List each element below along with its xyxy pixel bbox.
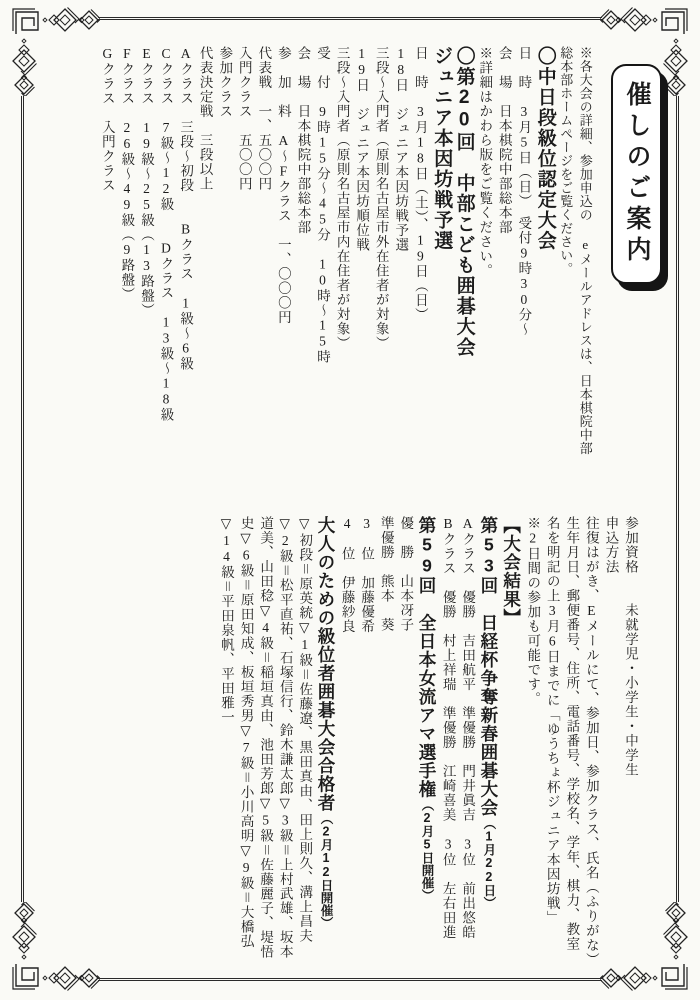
event2-class-row: Fクラス 26級〜49級（9路盤） [117, 46, 137, 462]
border-line-bottom [98, 978, 602, 981]
eligibility-row: 参加資格 未就学児・小学生・中学生 [620, 516, 640, 964]
border-line-top [98, 17, 602, 20]
t59-heading: 第59回 全日本女流アマ選手権（2月5日開催） [415, 516, 438, 964]
event1-venue: 会 場 日本棋院中部総本部 [494, 46, 514, 462]
t59-rank1: 優 勝 山本冴子 [396, 516, 416, 964]
event2-day18-note: 三段〜入門者（原則名古屋市外在住者が対象） [371, 46, 391, 462]
event2-class-row: Gクラス 入門クラス [97, 46, 117, 462]
t53-date: （1月22日） [482, 817, 496, 909]
t53-class-b: Bクラス 優勝 村上祥瑞 準優勝 江崎喜美 3位 左右田進 [438, 516, 458, 964]
results-section: 参加資格 未就学児・小学生・中学生 申込方法 往復はがき、Eメールにて、参加日、… [48, 516, 640, 964]
t53-heading: 第53回 日経杯争奪新春囲碁大会（1月22日） [477, 516, 500, 964]
event2-class-row: Eクラス 19級〜25級（13路盤） [136, 46, 156, 462]
kyui-winners: ▽初段＝原英統▽1級＝佐藤遼、黒田真由、田上則久、溝上昌夫▽2級＝松平直祐、石塚… [216, 516, 314, 964]
announcements-section: 催しのご案内 ※各大会の詳細、参加申込の eメールアドレスは、日本棋院中部総本部… [48, 46, 662, 462]
border-line-left [21, 96, 24, 902]
t59-rank2: 準優勝 熊本 葵 [376, 516, 396, 964]
event2-fee-beginner: 入門クラス 五〇〇円 [234, 46, 254, 462]
event2-day18: 18日 ジュニア本因坊戦予選 [391, 46, 411, 462]
apply-method-text: 往復はがき、Eメールにて、参加日、参加クラス、氏名（ふりがな）生年月日、郵便番号… [542, 516, 601, 964]
event2-day19: 19日 ジュニア本因坊順位戦 [352, 46, 372, 462]
t53-class-a: Aクラス 優勝 吉田航平 準優勝 門井眞吉 3位 前出悠皓 [458, 516, 478, 964]
t59-title: 第59回 全日本女流アマ選手権 [417, 516, 437, 799]
apply-note: ※2日間の参加も可能です。 [523, 516, 543, 964]
event2-venue: 会 場 日本棋院中部総本部 [293, 46, 313, 462]
event2-heading-line2: ジュニア本因坊戦予選 [430, 46, 452, 462]
event2-heading-line1: 〇第20回 中部こども囲碁大会 [452, 46, 474, 462]
event2-class-row: Aクラス 三段〜初段 Bクラス 1級〜6級 [176, 46, 196, 462]
results-header: 【大会結果】 [500, 516, 523, 964]
t59-date: （2月5日開催） [420, 799, 434, 902]
event1-note: ※詳細はかわら版をご覧ください。 [475, 46, 495, 462]
t53-title: 第53回 日経杯争奪新春囲碁大会 [479, 516, 499, 817]
event2-datetime: 日 時 3月18日（土）、19日（日） [410, 46, 430, 462]
event1-heading: 〇中日段級位認定大会 [533, 46, 555, 462]
border-line-right [676, 96, 679, 902]
page-title: 催しのご案内 [623, 81, 650, 267]
t59-rank3: 3 位 加藤優希 [357, 516, 377, 964]
kyui-title: 大人のための級位者囲碁大会合格者 [316, 516, 336, 812]
kyui-heading: 大人のための級位者囲碁大会合格者（2月12日開催） [314, 516, 337, 964]
event2-day19-note: 三段〜入門者（原則名古屋市内在住者が対象） [332, 46, 352, 462]
event2-fee-rep: 代表戦 一、五〇〇円 [254, 46, 274, 462]
t59-rank4: 4 位 伊藤紗良 [337, 516, 357, 964]
event2-class-row: Cクラス 7級〜12級 Dクラス 13級〜18級 [156, 46, 176, 462]
homepage-note: ※各大会の詳細、参加申込の eメールアドレスは、日本棋院中部総本部ホームページを… [556, 46, 595, 462]
event2-reception: 受 付 9時15分〜45分 10時〜15時 [312, 46, 332, 462]
page-title-box: 催しのご案内 [611, 64, 662, 284]
apply-method-label: 申込方法 [601, 516, 621, 964]
event1-datetime: 日 時 3月5日（日） 受付9時30分〜 [514, 46, 534, 462]
kyui-date: （2月12日開催） [319, 812, 333, 929]
event2-class-row: 代表決定戦 三段以上 [195, 46, 215, 462]
event2-fee: 参 加 料 A〜Fクラス 一、〇〇〇円 [273, 46, 293, 462]
event2-class-label: 参加クラス [215, 46, 235, 462]
